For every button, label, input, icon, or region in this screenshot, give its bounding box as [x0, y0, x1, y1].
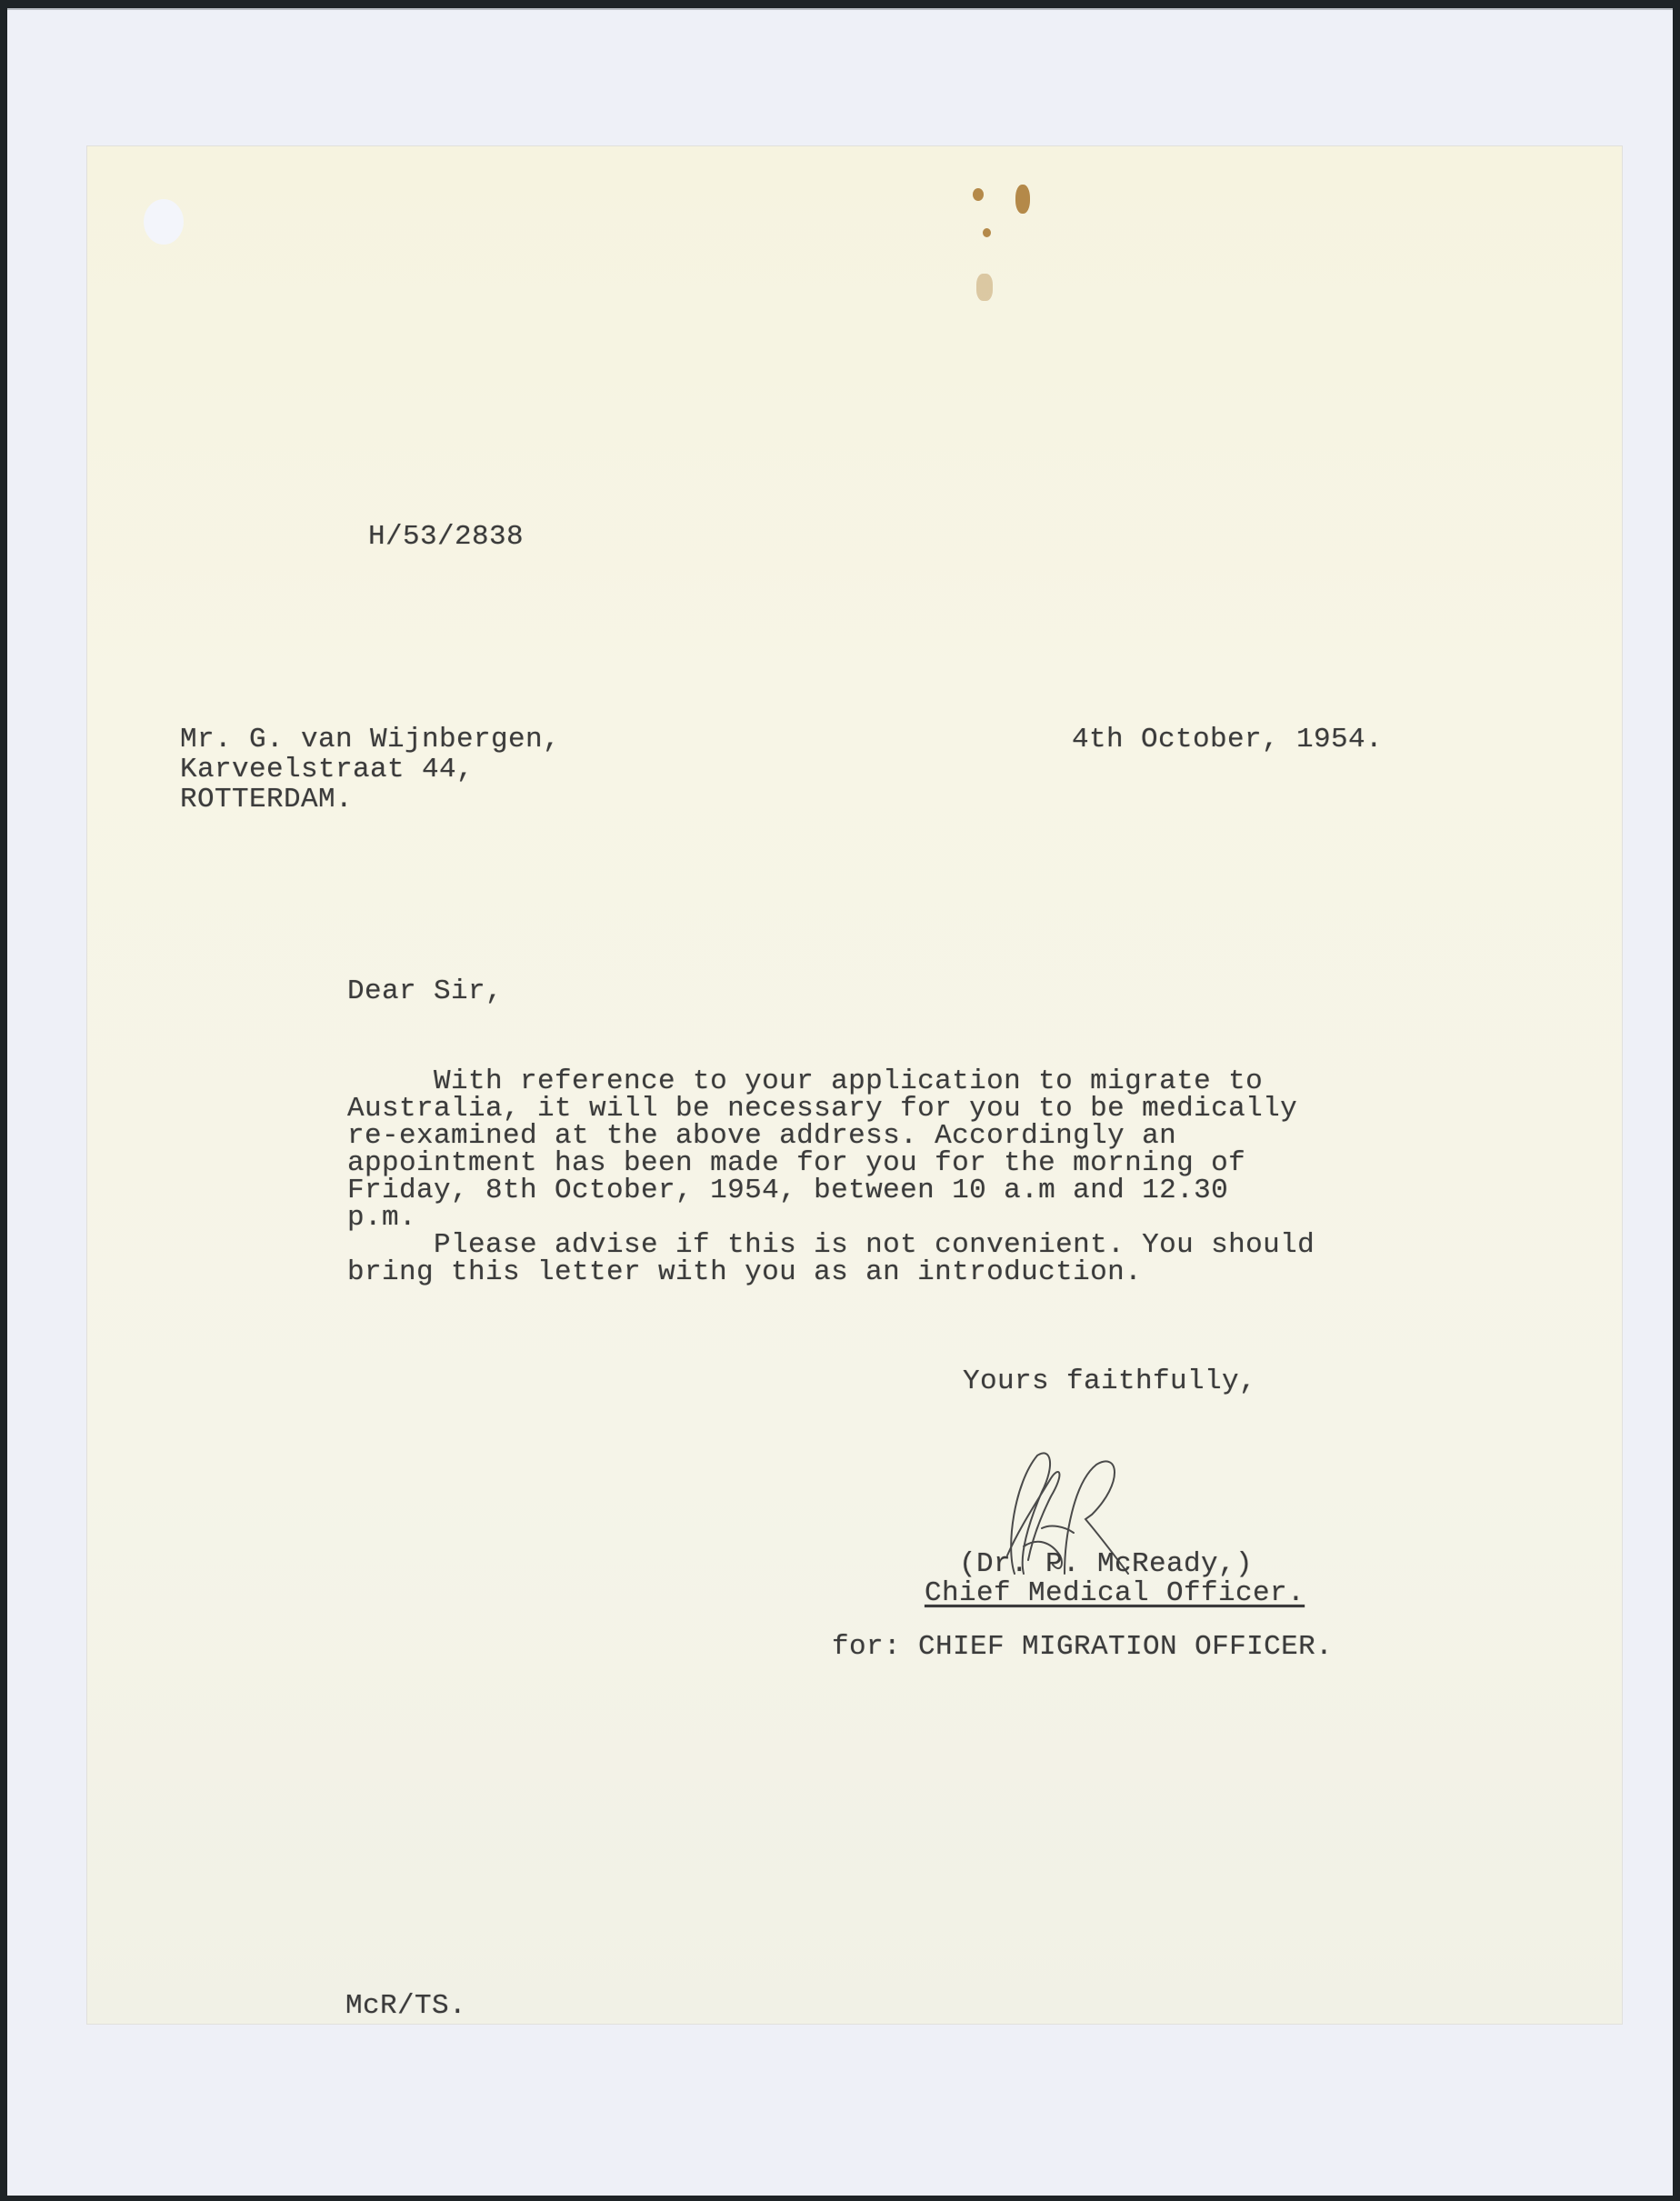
body-line: bring this letter with you as an introdu… — [347, 1259, 1315, 1286]
salutation: Dear Sir, — [347, 976, 503, 1006]
rust-stain — [1015, 185, 1030, 214]
signer-title: Chief Medical Officer. — [925, 1578, 1305, 1608]
body-line: p.m. — [347, 1205, 1315, 1232]
body-line: With reference to your application to mi… — [347, 1068, 1315, 1095]
body-line: re-examined at the above address. Accord… — [347, 1123, 1315, 1150]
recipient-name: Mr. G. van Wijnbergen, — [180, 725, 560, 755]
punch-hole — [144, 199, 184, 245]
recipient-city: ROTTERDAM. — [180, 785, 560, 815]
letter-page: H/53/2838 Mr. G. van Wijnbergen,Karveels… — [87, 146, 1622, 2024]
rust-stain — [973, 188, 984, 201]
body-line: Australia, it will be necessary for you … — [347, 1095, 1315, 1123]
recipient-address: Mr. G. van Wijnbergen,Karveelstraat 44,R… — [180, 725, 560, 815]
rust-stain — [976, 274, 993, 301]
closing: Yours faithfully, — [963, 1366, 1256, 1396]
letter-date: 4th October, 1954. — [1072, 725, 1383, 755]
signer-name: (Dr. P. McReady,) — [959, 1549, 1253, 1579]
recipient-street: Karveelstraat 44, — [180, 755, 560, 785]
scanner-background: H/53/2838 Mr. G. van Wijnbergen,Karveels… — [7, 8, 1673, 2196]
reference-number: H/53/2838 — [368, 522, 524, 552]
rust-stain — [983, 228, 991, 237]
body-line: Friday, 8th October, 1954, between 10 a.… — [347, 1177, 1315, 1205]
body-line: appointment has been made for you for th… — [347, 1150, 1315, 1177]
letter-body: With reference to your application to mi… — [347, 1068, 1315, 1286]
body-line: Please advise if this is not convenient.… — [347, 1232, 1315, 1259]
on-behalf-of: for: CHIEF MIGRATION OFFICER. — [832, 1632, 1333, 1662]
typist-initials: McR/TS. — [345, 1991, 466, 2021]
